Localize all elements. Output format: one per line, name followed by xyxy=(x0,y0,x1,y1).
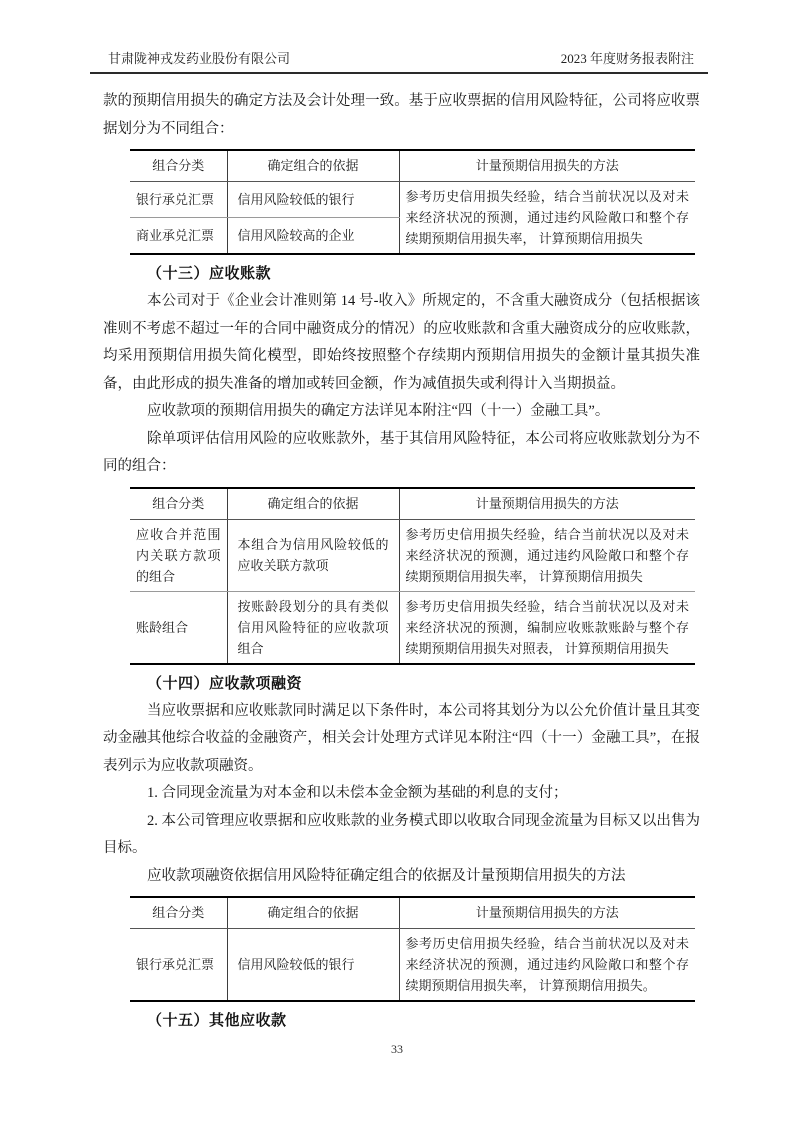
col-header-basis: 确定组合的依据 xyxy=(227,150,399,182)
document-page: 甘肃陇神戎发药业股份有限公司 2023 年度财务报表附注 款的预期信用损失的确定… xyxy=(0,0,794,1122)
cell-category: 应收合并范围内关联方款项的组合 xyxy=(130,519,227,591)
section-13-paragraph-3: 除单项评估信用风险的应收账款外，基于其信用风险特征，本公司将应收账款划分为不同的… xyxy=(103,426,700,481)
section-13-paragraph-1: 本公司对于《企业会计准则第 14 号-收入》所规定的，不含重大融资成分（包括根据… xyxy=(103,288,700,398)
cell-basis: 信用风险较低的银行 xyxy=(227,182,399,218)
header-doc-title: 2023 年度财务报表附注 xyxy=(561,48,694,67)
col-header-basis: 确定组合的依据 xyxy=(227,488,399,520)
cell-category: 银行承兑汇票 xyxy=(130,929,227,1002)
cell-method-merged: 参考历史信用损失经验，结合当前状况以及对未来经济状况的预测，通过违约风险敞口和整… xyxy=(399,182,695,255)
cell-method: 参考历史信用损失经验，结合当前状况以及对未来经济状况的预测，编制应收账款账龄与整… xyxy=(399,591,695,664)
section-15-heading: （十五）其他应收款 xyxy=(103,1007,700,1035)
running-header: 甘肃陇神戎发药业股份有限公司 2023 年度财务报表附注 xyxy=(90,0,708,74)
page-number: 33 xyxy=(0,1042,794,1057)
cell-basis: 信用风险较低的银行 xyxy=(227,929,399,1002)
table-header-row: 组合分类 确定组合的依据 计量预期信用损失的方法 xyxy=(130,488,695,520)
col-header-category: 组合分类 xyxy=(130,897,227,929)
col-header-category: 组合分类 xyxy=(130,488,227,520)
table-row: 账龄组合 按账龄段划分的具有类似信用风险特征的应收款项组合 参考历史信用损失经验… xyxy=(130,591,695,664)
cell-category: 账龄组合 xyxy=(130,591,227,664)
col-header-method: 计量预期信用损失的方法 xyxy=(399,488,695,520)
bills-ecl-table: 组合分类 确定组合的依据 计量预期信用损失的方法 银行承兑汇票 信用风险较低的银… xyxy=(130,149,695,255)
table-header-row: 组合分类 确定组合的依据 计量预期信用损失的方法 xyxy=(130,897,695,929)
section-14-heading: （十四）应收款项融资 xyxy=(103,670,700,698)
intro-paragraph: 款的预期信用损失的确定方法及会计处理一致。基于应收票据的信用风险特征，公司将应收… xyxy=(103,88,700,143)
cell-method: 参考历史信用损失经验，结合当前状况以及对未来经济状况的预测，通过违约风险敞口和整… xyxy=(399,929,695,1002)
col-header-category: 组合分类 xyxy=(130,150,227,182)
cell-basis: 信用风险较高的企业 xyxy=(227,217,399,254)
financing-ecl-table: 组合分类 确定组合的依据 计量预期信用损失的方法 银行承兑汇票 信用风险较低的银… xyxy=(130,896,695,1002)
section-14-item-1: 1. 合同现金流量为对本金和以未偿本金金额为基础的利息的支付； xyxy=(103,780,700,808)
cell-category: 银行承兑汇票 xyxy=(130,182,227,218)
section-13-heading: （十三）应收账款 xyxy=(103,260,700,288)
cell-basis: 按账龄段划分的具有类似信用风险特征的应收款项组合 xyxy=(227,591,399,664)
cell-method: 参考历史信用损失经验，结合当前状况以及对未来经济状况的预测，通过违约风险敞口和整… xyxy=(399,519,695,591)
section-14-item-2: 2. 本公司管理应收票据和应收账款的业务模式即以收取合同现金流量为目标又以出售为… xyxy=(103,808,700,863)
page-body: 款的预期信用损失的确定方法及会计处理一致。基于应收票据的信用风险特征，公司将应收… xyxy=(103,88,700,1035)
table-row: 应收合并范围内关联方款项的组合 本组合为信用风险较低的应收关联方款项 参考历史信… xyxy=(130,519,695,591)
receivables-ecl-table: 组合分类 确定组合的依据 计量预期信用损失的方法 应收合并范围内关联方款项的组合… xyxy=(130,487,695,665)
section-14-paragraph-1: 当应收票据和应收账款同时满足以下条件时，本公司将其划分为以公允价值计量且其变动金… xyxy=(103,698,700,781)
section-13-paragraph-2: 应收款项的预期信用损失的确定方法详见本附注“四（十一）金融工具”。 xyxy=(103,398,700,426)
table-row: 银行承兑汇票 信用风险较低的银行 参考历史信用损失经验，结合当前状况以及对未来经… xyxy=(130,182,695,218)
table-row: 银行承兑汇票 信用风险较低的银行 参考历史信用损失经验，结合当前状况以及对未来经… xyxy=(130,929,695,1002)
table-header-row: 组合分类 确定组合的依据 计量预期信用损失的方法 xyxy=(130,150,695,182)
cell-basis: 本组合为信用风险较低的应收关联方款项 xyxy=(227,519,399,591)
col-header-method: 计量预期信用损失的方法 xyxy=(399,897,695,929)
cell-category: 商业承兑汇票 xyxy=(130,217,227,254)
section-14-paragraph-2: 应收款项融资依据信用风险特征确定组合的依据及计量预期信用损失的方法 xyxy=(103,863,700,891)
header-company-name: 甘肃陇神戎发药业股份有限公司 xyxy=(108,48,290,67)
col-header-method: 计量预期信用损失的方法 xyxy=(399,150,695,182)
col-header-basis: 确定组合的依据 xyxy=(227,897,399,929)
